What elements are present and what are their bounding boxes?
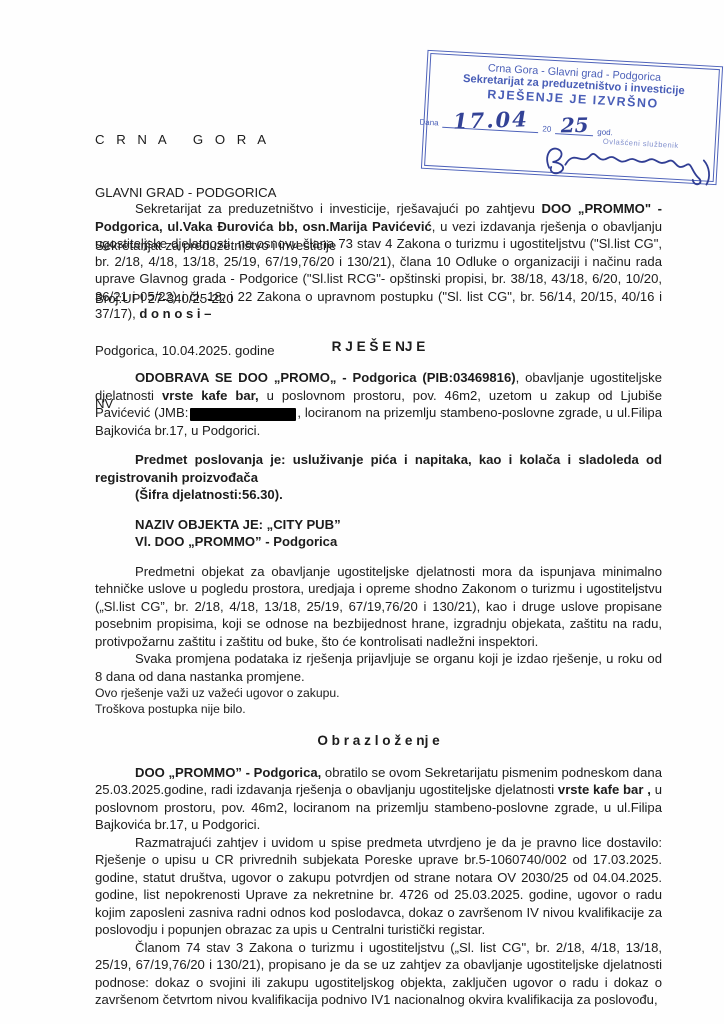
- intro-paragraph: Sekretarijat za preduzetništvo i investi…: [95, 200, 662, 323]
- execution-stamp: Crna Gora - Glavni grad - Podgorica Sekr…: [421, 50, 723, 185]
- text-run: Članom 74 stav 3 Zakona o turizmu i ugos…: [95, 940, 662, 1008]
- text-run: Razmatrajući zahtjev i uvidom u spise pr…: [95, 835, 662, 938]
- owner-line: Vl. DOO „PROMMO” - Podgorica: [95, 533, 662, 551]
- law-article-paragraph: Članom 74 stav 3 Zakona o turizmu i ugos…: [95, 939, 662, 1009]
- explanation-title: O b r a z l o ž e nj e: [95, 732, 662, 750]
- costs-line: Troškova postupka nije bilo.: [95, 701, 662, 717]
- redacted-jmb-box: [190, 408, 296, 421]
- text-run: d o n o s i –: [139, 306, 211, 321]
- text-run: vrste kafe bar ,: [558, 782, 651, 797]
- text-run: Predmetni objekat za obavljanje ugostite…: [95, 564, 662, 649]
- object-name-line: NAZIV OBJEKTA JE: „CITY PUB”: [95, 516, 662, 534]
- decision-title: R J E Š E NJ E: [95, 338, 662, 356]
- stamp-year-underline: 25: [555, 109, 594, 136]
- text-run: (Šifra djelatnosti:56.30).: [135, 487, 283, 502]
- text-run: vrste kafe bar,: [162, 388, 259, 403]
- approval-paragraph: ODOBRAVA SE DOO „PROMO„ - Podgorica (PIB…: [95, 369, 662, 439]
- evidence-paragraph: Razmatrajući zahtjev i uvidom u spise pr…: [95, 834, 662, 939]
- text-run: DOO „PROMMO” - Podgorica,: [135, 765, 321, 780]
- text-run: Predmet poslovanja je:: [135, 452, 293, 467]
- stamp-year-prefix: 20: [542, 124, 551, 133]
- technical-conditions-paragraph: Predmetni objekat za obavljanje ugostite…: [95, 563, 662, 651]
- document-page: C R N A G O R A GLAVNI GRAD - PODGORICA …: [0, 0, 724, 1024]
- signature-scribble: [536, 139, 724, 194]
- lease-validity-line: Ovo rješenje važi uz važeći ugovor o zak…: [95, 685, 662, 701]
- text-run: Vl. DOO „PROMMO” - Podgorica: [135, 534, 337, 549]
- text-run: Svaka promjena podataka iz rješenja prij…: [95, 651, 662, 684]
- text-run: Sekretarijat za preduzetništvo i investi…: [135, 201, 541, 216]
- stamp-date-label: Dana: [419, 118, 439, 128]
- text-run: NAZIV OBJEKTA JE: „CITY PUB”: [135, 517, 341, 532]
- text-run: Troškova postupka nije bilo.: [95, 702, 246, 716]
- text-run: R J E Š E NJ E: [332, 339, 426, 354]
- document-body: Sekretarijat za preduzetništvo i investi…: [95, 200, 662, 1009]
- letterhead-city: GLAVNI GRAD - PODGORICA: [95, 184, 336, 202]
- text-run: ODOBRAVA SE DOO „PROMO„ - Podgorica (PIB…: [135, 370, 516, 385]
- activity-code-line: (Šifra djelatnosti:56.30).: [95, 486, 662, 504]
- text-run: Ovo rješenje važi uz važeći ugovor o zak…: [95, 686, 340, 700]
- change-notice-paragraph: Svaka promjena podataka iz rješenja prij…: [95, 650, 662, 685]
- request-paragraph: DOO „PROMMO” - Podgorica, obratilo se ov…: [95, 764, 662, 834]
- letterhead-country: C R N A G O R A: [95, 131, 336, 149]
- text-run: O b r a z l o ž e nj e: [317, 733, 439, 748]
- business-subject-paragraph: Predmet poslovanja je: usluživanje pića …: [95, 451, 662, 486]
